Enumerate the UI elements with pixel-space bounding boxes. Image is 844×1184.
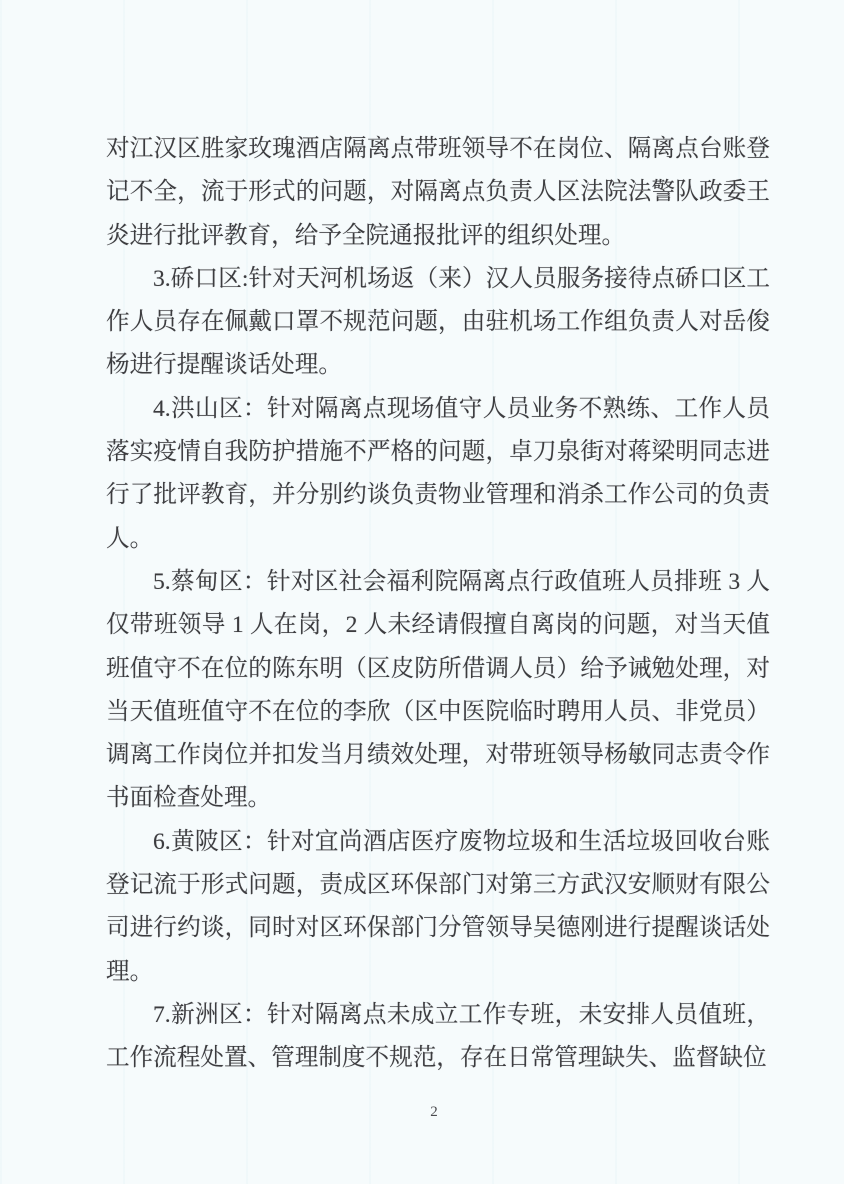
paragraph-item-3-qiaokou: 3.硚口区:针对天河机场返（来）汉人员服务接待点硚口区工作人员存在佩戴口罩不规范… — [106, 258, 770, 388]
page-number: 2 — [430, 1104, 438, 1120]
paragraph-item-4-hongshan: 4.洪山区：针对隔离点现场值守人员业务不熟练、工作人员落实疫情自我防护措施不严格… — [106, 388, 770, 561]
document-page: 对江汉区胜家玫瑰酒店隔离点带班领导不在岗位、隔离点台账登记不全，流于形式的问题，… — [0, 0, 844, 1184]
paragraph-item-7-xinzhou: 7.新洲区：针对隔离点未成立工作专班，未安排人员值班，工作流程处置、管理制度不规… — [106, 994, 770, 1081]
document-body: 对江汉区胜家玫瑰酒店隔离点带班领导不在岗位、隔离点台账登记不全，流于形式的问题，… — [106, 128, 770, 1081]
page-footer: 2 — [0, 1101, 844, 1123]
paragraph-continuation: 对江汉区胜家玫瑰酒店隔离点带班领导不在岗位、隔离点台账登记不全，流于形式的问题，… — [106, 128, 770, 258]
paragraph-item-6-huangpi: 6.黄陂区：针对宜尚酒店医疗废物垃圾和生活垃圾回收台账登记流于形式问题，责成区环… — [106, 821, 770, 994]
paragraph-item-5-caidian: 5.蔡甸区：针对区社会福利院隔离点行政值班人员排班 3 人仅带班领导 1 人在岗… — [106, 561, 770, 821]
